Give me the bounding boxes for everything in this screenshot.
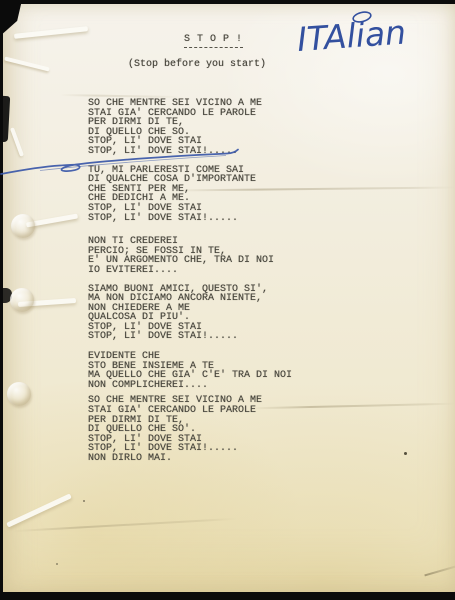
stanza: NON TI CREDEREIPERCIO; SE FOSSI IN TE,E'… [88, 237, 378, 275]
lyric-line: STOP, LI' DOVE STAI!..... [88, 214, 378, 224]
ink-speck [56, 563, 58, 565]
scanned-document: S T O P ! (Stop before you start) SO CHE… [0, 0, 455, 600]
song-title: S T O P ! [184, 34, 243, 48]
handwritten-note-group: ITAlian [296, 4, 454, 62]
punch-hole [11, 214, 35, 238]
pen-stroke [1, 150, 238, 175]
lyric-line: IO EVITEREI.... [88, 266, 378, 276]
stanza: SIAMO BUONI AMICI, QUESTO SI',MA NON DIC… [88, 285, 378, 343]
ink-speck [404, 452, 407, 455]
ink-speck [83, 500, 85, 502]
punch-hole [10, 288, 34, 312]
lyric-line: STOP, LI' DOVE STAI!..... [88, 332, 378, 342]
song-subtitle: (Stop before you start) [128, 59, 266, 70]
handwritten-note: ITAlian [296, 12, 407, 59]
pen-stroke-echo [40, 156, 226, 171]
scan-edge-bottom [0, 592, 455, 600]
stanza: EVIDENTE CHESTO BENE INSIEME A TEMA QUEL… [88, 352, 378, 390]
pen-swoosh-underline [0, 147, 250, 183]
stanza: SO CHE MENTRE SEI VICINO A MESTAI GIA' C… [88, 396, 378, 463]
punch-hole [7, 382, 31, 406]
lyric-line: NON DIRLO MAI. [88, 454, 378, 464]
lyric-line: NON COMPLICHEREI.... [88, 381, 378, 391]
